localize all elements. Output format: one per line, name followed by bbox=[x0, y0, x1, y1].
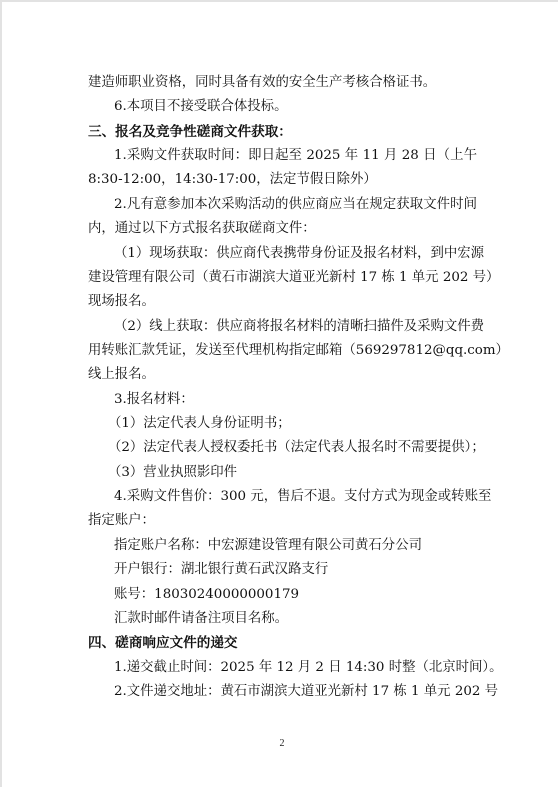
list-item-material-2: （2）法定代表人授权委托书（法定代表人报名时不需要提供）； bbox=[88, 436, 477, 460]
text-line-onsite-acquisition: （1）现场获取：供应商代表携带身份证及报名材料，到中宏源 bbox=[88, 242, 477, 266]
text-line-supplier-intent-cont: 内，通过以下方式报名获取磋商文件： bbox=[88, 217, 477, 241]
text-line-price: 4.采购文件售价：300 元，售后不退。支付方式为现金或转账至 bbox=[88, 485, 477, 509]
text-line-submission-address: 2.文件递交地址：黄石市湖滨大道亚光新村 17 栋 1 单元 202 号 bbox=[88, 680, 477, 704]
text-line-account-name: 指定账户名称：中宏源建设管理有限公司黄石分公司 bbox=[88, 534, 477, 558]
text-line-online-email: 用转账汇款凭证，发送至代理机构指定邮箱（569297812@qq.com） bbox=[88, 339, 477, 363]
text-line-materials-title: 3.报名材料： bbox=[88, 388, 477, 412]
section-heading-submission: 四、磋商响应文件的递交 bbox=[88, 631, 477, 655]
text-line-supplier-intent: 2.凡有意参加本次采购活动的供应商应当在规定获取文件时间 bbox=[88, 193, 477, 217]
text-line-bank: 开户银行：湖北银行黄石武汉路支行 bbox=[88, 558, 477, 582]
list-item-material-3: （3）营业执照影印件 bbox=[88, 461, 477, 485]
text-line-acquisition-hours: 8:30-12:00，14:30-17:00，法定节假日除外） bbox=[88, 168, 477, 192]
text-line-online-register: 线上报名。 bbox=[88, 363, 477, 387]
text-line-price-cont: 指定账户： bbox=[88, 509, 477, 533]
text-line-deadline: 1.递交截止时间：2025 年 12 月 2 日 14:30 时整（北京时间）。 bbox=[88, 656, 477, 680]
section-heading-registration: 三、报名及竞争性磋商文件获取： bbox=[88, 120, 477, 144]
document-body: 建造师职业资格，同时具备有效的安全生产考核合格证书。 6.本项目不接受联合体投标… bbox=[88, 71, 477, 704]
text-line-remittance-note: 汇款时邮件请备注项目名称。 bbox=[88, 607, 477, 631]
text-line-account-number: 账号：18030240000000179 bbox=[88, 583, 477, 607]
text-line-onsite-register: 现场报名。 bbox=[88, 290, 477, 314]
text-line-online-acquisition: （2）线上获取：供应商将报名材料的清晰扫描件及采购文件费 bbox=[88, 315, 477, 339]
text-line-onsite-address: 建设管理有限公司（黄石市湖滨大道亚光新村 17 栋 1 单元 202 号） bbox=[88, 266, 477, 290]
text-line-no-consortium: 6.本项目不接受联合体投标。 bbox=[88, 95, 477, 119]
list-item-material-1: （1）法定代表人身份证明书； bbox=[88, 412, 477, 436]
document-page: 建造师职业资格，同时具备有效的安全生产考核合格证书。 6.本项目不接受联合体投标… bbox=[0, 0, 558, 787]
page-number: 2 bbox=[276, 738, 288, 749]
text-line-qualification-cont: 建造师职业资格，同时具备有效的安全生产考核合格证书。 bbox=[88, 71, 477, 95]
text-line-acquisition-time: 1.采购文件获取时间：即日起至 2025 年 11 月 28 日（上午 bbox=[88, 144, 477, 168]
